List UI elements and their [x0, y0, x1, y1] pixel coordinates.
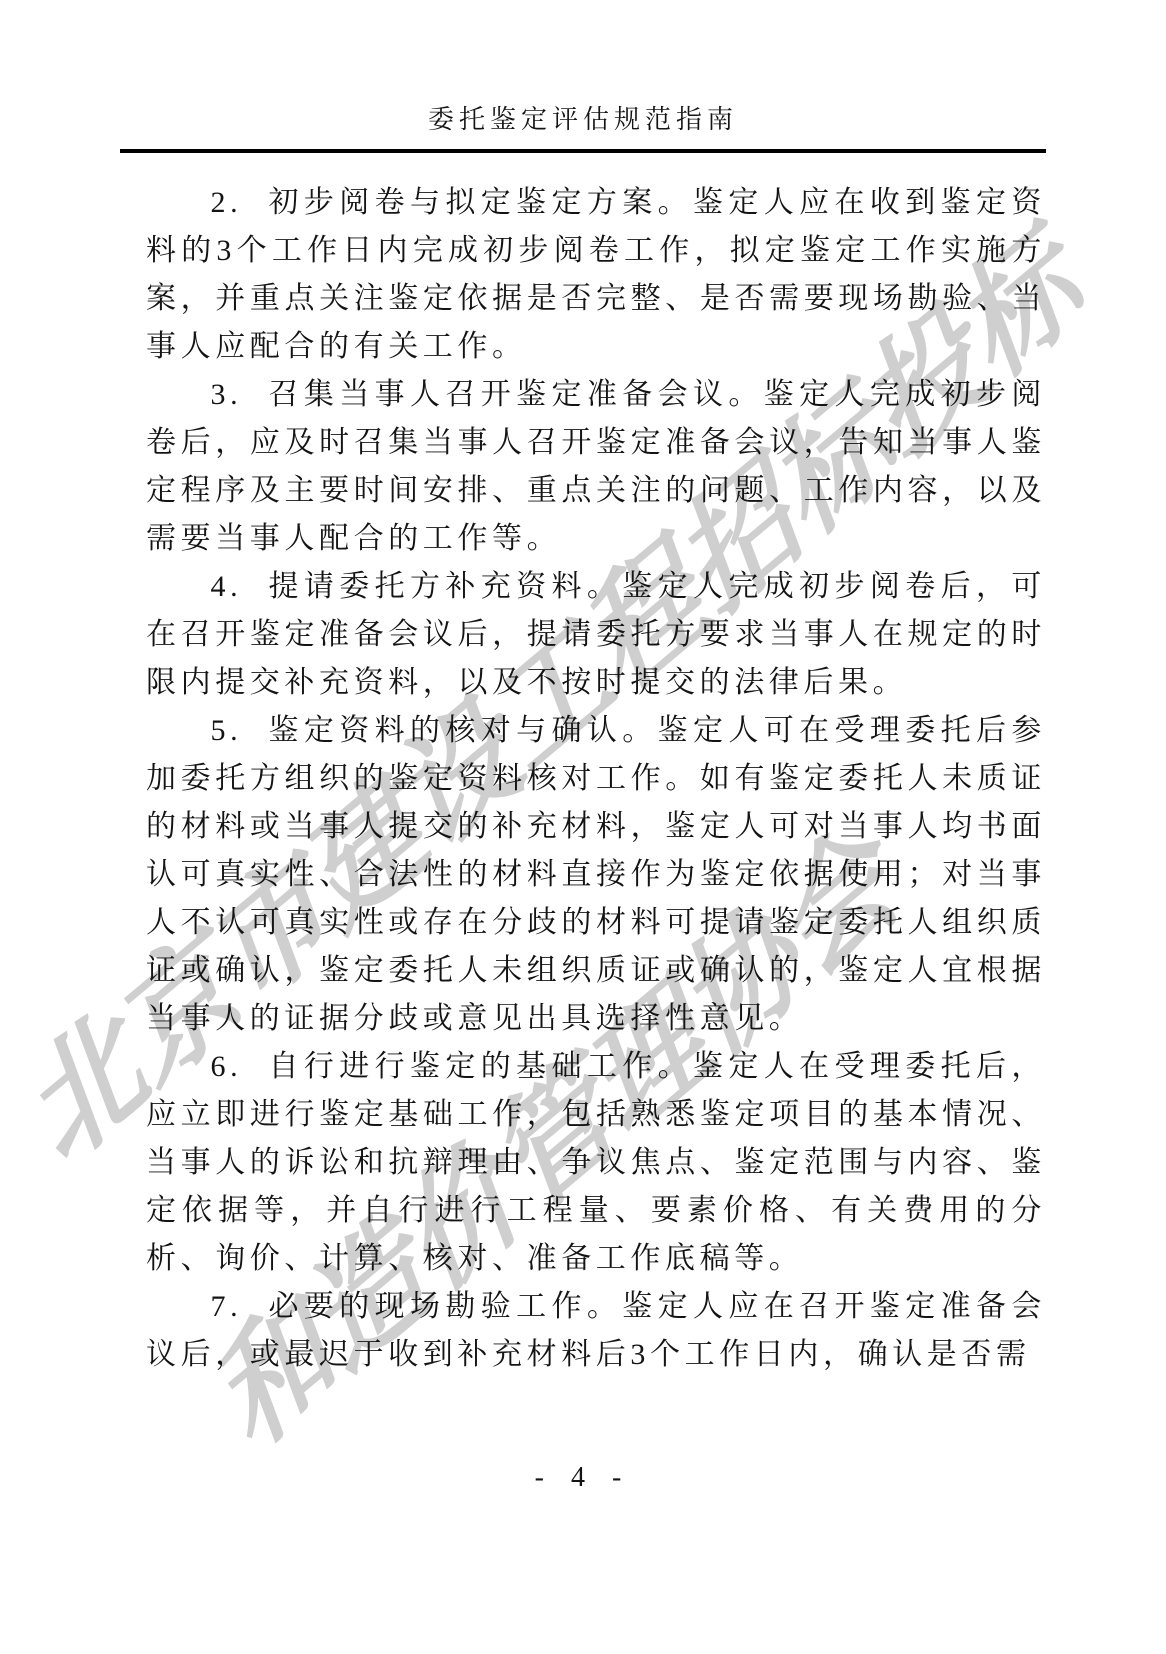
paragraph-number: 2. [211, 186, 243, 219]
paragraph-text: 召集当事人召开鉴定准备会议。鉴定人完成初步阅卷后，应及时召集当事人召开鉴定准备会… [146, 378, 1046, 555]
body-paragraph: 4.提请委托方补充资料。鉴定人完成初步阅卷后，可在召开鉴定准备会议后，提请委托方… [146, 563, 1046, 707]
paragraph-text: 鉴定资料的核对与确认。鉴定人可在受理委托后参加委托方组织的鉴定资料核对工作。如有… [146, 714, 1046, 1035]
paragraph-number: 4. [211, 570, 243, 603]
paragraph-text: 自行进行鉴定的基础工作。鉴定人在受理委托后，应立即进行鉴定基础工作，包括熟悉鉴定… [146, 1050, 1046, 1275]
paragraph-text: 提请委托方补充资料。鉴定人完成初步阅卷后，可在召开鉴定准备会议后，提请委托方要求… [146, 570, 1046, 699]
header-rule [120, 149, 1046, 153]
body-paragraph: 2.初步阅卷与拟定鉴定方案。鉴定人应在收到鉴定资料的3个工作日内完成初步阅卷工作… [146, 179, 1046, 371]
body-paragraph: 7.必要的现场勘验工作。鉴定人应在召开鉴定准备会议后，或最迟于收到补充材料后3个… [146, 1283, 1046, 1379]
paragraph-number: 3. [211, 378, 243, 411]
page-number: - 4 - [535, 1462, 632, 1493]
body-paragraph: 3.召集当事人召开鉴定准备会议。鉴定人完成初步阅卷后，应及时召集当事人召开鉴定准… [146, 371, 1046, 563]
paragraph-text: 必要的现场勘验工作。鉴定人应在召开鉴定准备会议后，或最迟于收到补充材料后3个工作… [146, 1290, 1046, 1371]
document-title: 委托鉴定评估规范指南 [0, 104, 1166, 135]
body-paragraph: 5.鉴定资料的核对与确认。鉴定人可在受理委托后参加委托方组织的鉴定资料核对工作。… [146, 707, 1046, 1043]
document-footer: - 4 - [0, 1462, 1166, 1494]
paragraph-number: 6. [211, 1050, 243, 1083]
document-body: 2.初步阅卷与拟定鉴定方案。鉴定人应在收到鉴定资料的3个工作日内完成初步阅卷工作… [146, 179, 1046, 1379]
paragraph-number: 5. [211, 714, 243, 747]
document-page: 北京市建设工程招标投标 和造价管理协会 委托鉴定评估规范指南 2.初步阅卷与拟定… [0, 0, 1166, 1654]
document-header: 委托鉴定评估规范指南 [0, 0, 1166, 153]
paragraph-number: 7. [211, 1290, 243, 1323]
body-paragraph: 6.自行进行鉴定的基础工作。鉴定人在受理委托后，应立即进行鉴定基础工作，包括熟悉… [146, 1043, 1046, 1283]
paragraph-text: 初步阅卷与拟定鉴定方案。鉴定人应在收到鉴定资料的3个工作日内完成初步阅卷工作，拟… [146, 186, 1046, 363]
